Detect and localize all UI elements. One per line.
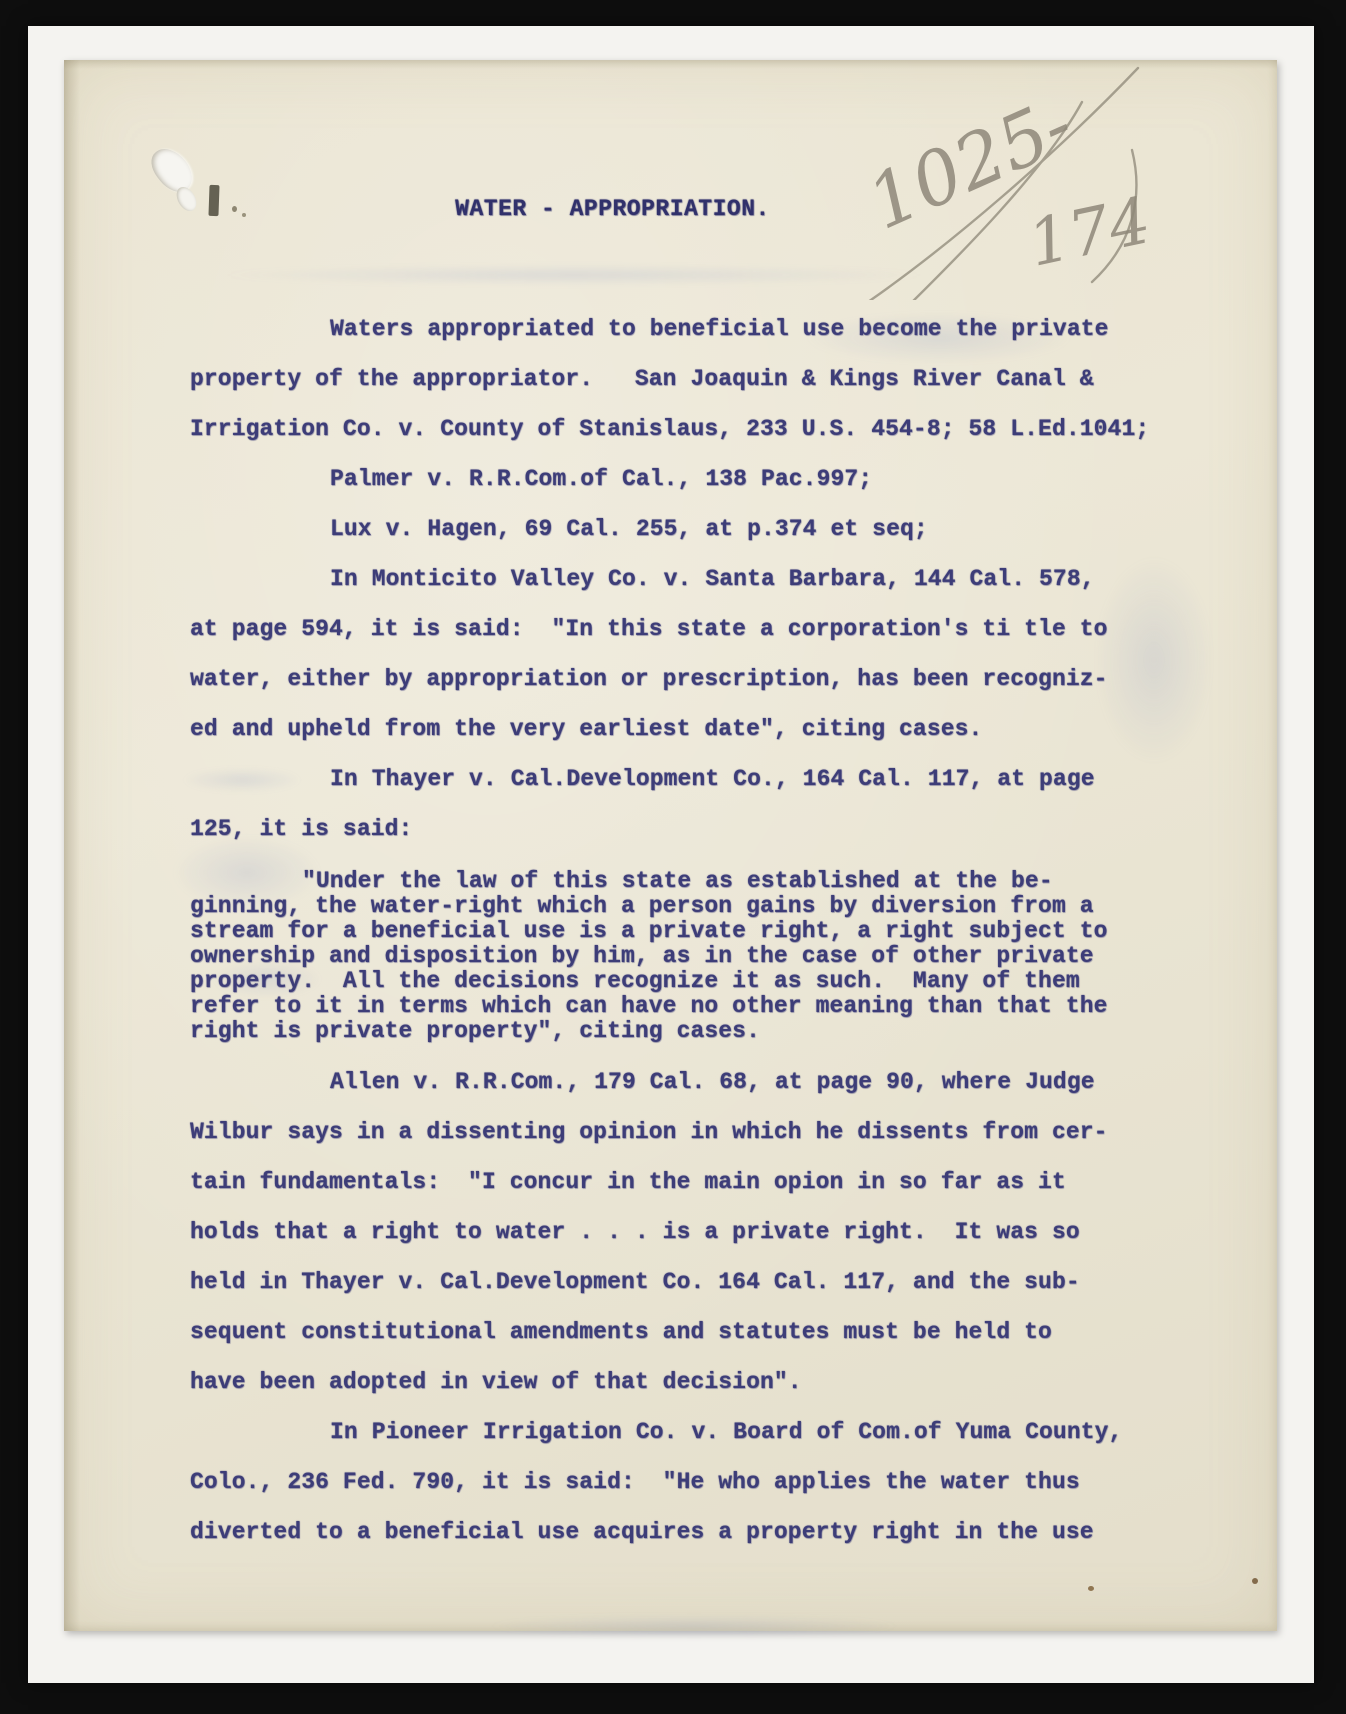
document-line: holds that a right to water . . . is a p…: [190, 1207, 1156, 1257]
document-line: water, either by appropriation or prescr…: [190, 654, 1156, 704]
document-line: have been adopted in view of that decisi…: [190, 1357, 1156, 1407]
paper-speck: [1088, 1586, 1094, 1591]
document-line: "Under the law of this state as establis…: [190, 869, 1156, 894]
document-line: ownership and disposition by him, as in …: [190, 944, 1156, 969]
document-line: ed and upheld from the very earliest dat…: [190, 704, 1156, 754]
document-line: Lux v. Hagen, 69 Cal. 255, at p.374 et s…: [190, 504, 1156, 554]
document-line: In Monticito Valley Co. v. Santa Barbara…: [190, 554, 1156, 604]
closing-block: Allen v. R.R.Com., 179 Cal. 68, at page …: [190, 1057, 1156, 1557]
document-line: ginning, the water-right which a person …: [190, 894, 1156, 919]
document-line: stream for a beneficial use is a private…: [190, 919, 1156, 944]
document-line: 125, it is said:: [190, 804, 1156, 854]
document-line: Palmer v. R.R.Com.of Cal., 138 Pac.997;: [190, 454, 1156, 504]
document-line: right is private property", citing cases…: [190, 1019, 1156, 1044]
document-line: diverted to a beneficial use acquires a …: [190, 1507, 1156, 1557]
document-line: held in Thayer v. Cal.Development Co. 16…: [190, 1257, 1156, 1307]
scanned-document: WATER - APPROPRIATION. Waters appropriat…: [0, 0, 1346, 1714]
quote-block: "Under the law of this state as establis…: [190, 869, 1156, 1044]
document-line: Waters appropriated to beneficial use be…: [190, 304, 1156, 354]
document-line: In Thayer v. Cal.Development Co., 164 Ca…: [190, 754, 1156, 804]
document-line: at page 594, it is said: "In this state …: [190, 604, 1156, 654]
document-line: Wilbur says in a dissenting opinion in w…: [190, 1107, 1156, 1157]
paper-speck: [1252, 1578, 1258, 1584]
document-line: sequent constitutional amendments and st…: [190, 1307, 1156, 1357]
document-line: property. All the decisions recognize it…: [190, 969, 1156, 994]
document-line: In Pioneer Irrigation Co. v. Board of Co…: [190, 1407, 1156, 1457]
document-line: Colo., 236 Fed. 790, it is said: "He who…: [190, 1457, 1156, 1507]
document-line: tain fundamentals: "I concur in the main…: [190, 1157, 1156, 1207]
document-line: property of the appropriator. San Joaqui…: [190, 354, 1156, 404]
paragraph-block: Waters appropriated to beneficial use be…: [190, 304, 1156, 854]
pencil-annotations: 1025- 174: [820, 40, 1200, 300]
document-line: Allen v. R.R.Com., 179 Cal. 68, at page …: [190, 1057, 1156, 1107]
document-line: refer to it in terms which can have no o…: [190, 994, 1156, 1019]
document-line: Irrigation Co. v. County of Stanislaus, …: [190, 404, 1156, 454]
